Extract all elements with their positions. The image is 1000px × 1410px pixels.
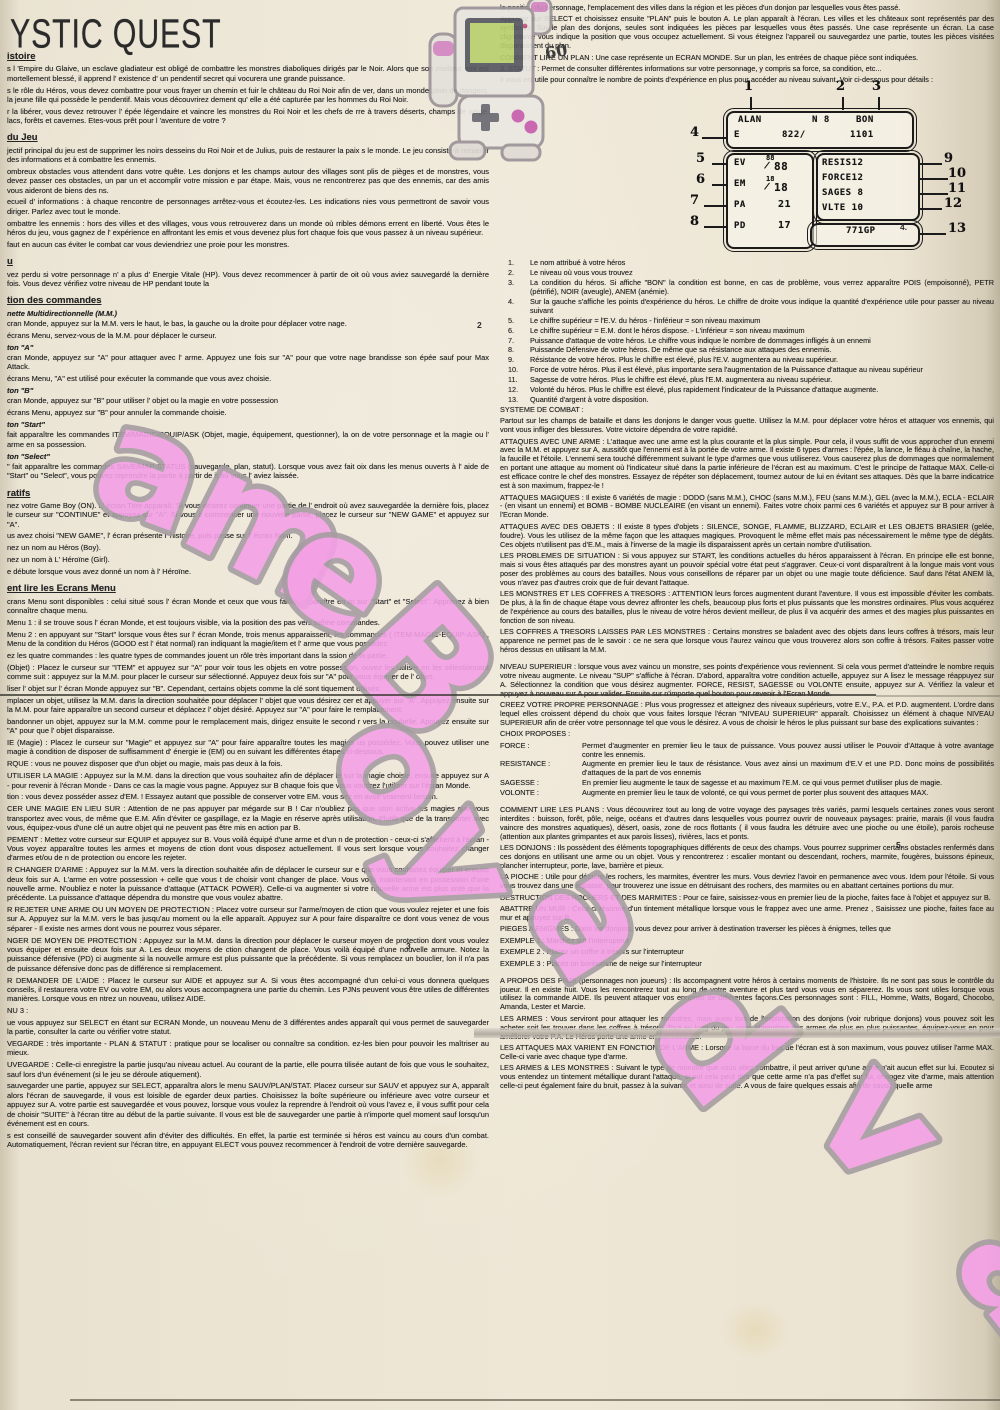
paragraph: IE (Magie) : Placez le curseur sur "Magi… — [7, 738, 489, 757]
callout-line — [712, 163, 726, 165]
paragraph: R CHANGER D'ARME : Appuyez sur la M.M. v… — [7, 865, 489, 902]
paragraph: us avez choisi "NEW GAME", l' écran prés… — [7, 531, 489, 540]
legend-number: 4. — [500, 298, 530, 316]
paragraph: vez perdu si votre personnage n' a plus … — [7, 270, 489, 289]
paragraph: A PROPOS DES PNJS (personnages non joueu… — [500, 977, 994, 1013]
callout-number: 11 — [948, 185, 966, 194]
callout-line — [750, 97, 752, 110]
stat-label: EM — [734, 180, 746, 189]
callout-line — [704, 205, 726, 207]
paragraph: LES ARMES & LES MONSTRES : Suivant le ty… — [500, 1064, 994, 1091]
legend-text: Le niveau où vous vous trouvez — [530, 269, 994, 278]
manual-section: du Jeujectif principal du jeu est de sup… — [7, 133, 489, 249]
paragraph: DESTRUCTION DES ROCHERS ET DES MARMITES … — [500, 894, 994, 903]
manual-section: ent lire les Ecrans Menucrans Menu sont … — [7, 584, 489, 1149]
stat-right-value: FORCE12 — [822, 174, 863, 183]
legend-number: 5. — [500, 317, 530, 326]
callout-number: 6 — [696, 176, 705, 185]
paragraph: ecueil d' informations : à chaque rencon… — [7, 197, 489, 216]
hero-name-value: ALAN — [738, 116, 762, 125]
horizontal-fold-line — [0, 694, 876, 696]
paragraph: EXEMPLE 1 : Marchez sur l'interrupteur — [500, 937, 994, 946]
callout-line — [918, 163, 942, 165]
mascot-b-button — [512, 110, 525, 123]
stat-right-value: VLTE 10 — [822, 204, 863, 213]
hero-level-value: N 8 — [812, 116, 830, 125]
legend-text: Force de votre héros. Plus il est élevé,… — [530, 366, 994, 375]
paragraph: LES MONSTRES ET LES COFFRES A TRESORS : … — [500, 590, 994, 626]
mascot-arm-cap — [531, 2, 548, 12]
paragraph: tion : vous devez posséder assez d'EM. !… — [7, 792, 489, 801]
paragraph: PEMENT : Mettez votre curseur sur EQUIP … — [7, 835, 489, 863]
choice-term: FORCE : — [500, 742, 582, 760]
right-intro-paragraphs: la position du personnage, l'emplacement… — [500, 4, 994, 85]
callout-line — [712, 184, 726, 186]
paragraph: NGER DE MOYEN DE PROTECTION : Appuyez su… — [7, 936, 489, 973]
legend-item: 13.Quantité d'argent à votre disposition… — [500, 396, 994, 405]
paragraph: Appuyez sur SELECT et choisissez ensuite… — [500, 15, 994, 51]
legend-number: 13. — [500, 396, 530, 405]
paragraph: ABATTRE UN MUR : Celui-ci résonne d'un t… — [500, 905, 994, 923]
paragraph: R REJETER UNE ARME OU UN MOYEN DE PROTEC… — [7, 905, 489, 933]
scanned-manual-page: YSTIC QUEST 60 istoires l 'Empire du Gla… — [0, 0, 1000, 1410]
legend-text: Le nom attribué à votre héros — [530, 259, 994, 268]
paragraph: ombattre les ennemis : hors des villes e… — [7, 219, 489, 238]
hero-condition-value: BON — [856, 116, 874, 125]
paragraph: Partout sur les champs de bataille et da… — [500, 417, 994, 435]
paper-stain — [720, 1300, 790, 1360]
legend-text: Puissance d'attaque de votre héros. Le c… — [530, 337, 994, 346]
paragraph: cran Monde, appuyez sur "A" pour attaque… — [7, 353, 489, 372]
horizontal-fold-line-faint — [876, 695, 1000, 697]
paragraph: e débute lorsque vous avez donné un nom … — [7, 567, 489, 576]
paragraph: ombreux obstacles vous attendent dans vo… — [7, 167, 489, 195]
sub-heading: ton "A" — [7, 343, 489, 352]
paragraph: Menu 1 : il se trouve sous l' écran Mond… — [7, 618, 489, 627]
paragraph: mplacer un objet, utilisez la M.M. dans … — [7, 696, 489, 715]
mascot-power-led — [523, 24, 528, 29]
stat-max-value: 88 — [774, 163, 788, 172]
manual-section: uvez perdu si votre personnage n' a plus… — [7, 257, 489, 288]
legend-number: 6. — [500, 327, 530, 336]
callout-number: 10 — [948, 170, 966, 179]
callout-number: 5 — [696, 155, 705, 164]
paragraph: R DEMANDER DE L'AIDE : Placez le curseur… — [7, 976, 489, 1004]
section-heading: ratifs — [7, 489, 489, 498]
legend-item: 3.La condition du héros. Si affiche "BON… — [500, 279, 994, 297]
exp-current-value: 822/ — [782, 131, 806, 140]
paragraph: SYSTEME DE COMBAT : — [500, 406, 994, 415]
stat-label: PA — [734, 201, 746, 210]
legend-number: 11. — [500, 376, 530, 385]
paragraph: r la libérer, vous devez retrouver l' ép… — [7, 107, 489, 126]
mascot-a-button — [525, 121, 538, 134]
paragraph: UVEGARDE : Celle-ci enregistre la partie… — [7, 1060, 489, 1079]
left-text-column: istoires l 'Empire du Glaive, un esclave… — [7, 50, 489, 1157]
paragraph: (Objet) : Placez le curseur sur "ITEM" e… — [7, 663, 489, 682]
page-title: YSTIC QUEST — [10, 12, 222, 58]
paragraph: " fait apparaître les commandes SAVE/MAP… — [7, 462, 489, 481]
section-group: SYSTEME DE COMBAT :Partout sur les champ… — [500, 406, 994, 655]
callout-line — [842, 97, 844, 110]
paragraph: CREEZ VOTRE PROPRE PERSONNAGE : Plus vou… — [500, 701, 994, 728]
callout-line — [878, 97, 880, 110]
paragraph: LES ATTAQUES MAX VARIENT EN FONCTION DE … — [500, 1044, 994, 1062]
legend-number: 2. — [500, 269, 530, 278]
legend-item: 5.Le chiffre supérieur = l'E.V. du héros… — [500, 317, 994, 326]
callout-line — [918, 193, 948, 195]
paragraph: cran Monde, appuyez sur la M.M. vers le … — [7, 319, 489, 328]
paragraph: COMMENT LIRE UN PLAN : Une case représen… — [500, 54, 994, 63]
choice-row: FORCE :Permet d'augmenter en premier lie… — [500, 742, 994, 760]
paragraph: VEGARDE : très importante - PLAN & STATU… — [7, 1039, 489, 1058]
paragraph: faut en aucun cas éviter le combat car v… — [7, 240, 489, 249]
choice-row: SAGESSE :En premier lieu augmente le tau… — [500, 779, 994, 788]
callout-number: 3 — [872, 83, 881, 92]
paragraph: ATTAQUES AVEC UNE ARME : L'attaque avec … — [500, 438, 994, 491]
callout-line — [918, 178, 948, 180]
right-text-column: la position du personnage, l'emplacement… — [500, 4, 994, 1099]
legend-item: 8.Puissande Défensive de votre héros. De… — [500, 346, 994, 355]
legend-text: Le chiffre supérieur = E.M. dont le héro… — [530, 327, 994, 336]
paragraph: EXEMPLE 2 : Placez un coffre à trésors s… — [500, 948, 994, 957]
legend-text: La condition du héros. Si affiche "BON" … — [530, 279, 994, 297]
manual-section: ratifsnez votre Game Boy (ON). L' écran … — [7, 489, 489, 577]
legend-item: 2.Le niveau où vous vous trouvez — [500, 269, 994, 278]
callout-number: 2 — [836, 83, 845, 92]
paragraph: COMMENT LIRE LES PLANS : Vous découvrire… — [500, 806, 994, 842]
watermark-letter: a — [918, 1172, 1000, 1369]
scan-fold-band — [474, 1028, 1000, 1038]
exp-next-value: 1101 — [850, 131, 874, 140]
legend-number: 12. — [500, 386, 530, 395]
paragraph: s l 'Empire du Glaive, un esclave gladia… — [7, 64, 489, 83]
paragraph: LES PROBLEMES DE SITUATION : Si vous app… — [500, 552, 994, 588]
printed-page-number: 2 — [477, 320, 482, 330]
choice-term: SAGESSE : — [500, 779, 582, 788]
stat-label: EV — [734, 159, 746, 168]
legend-text: Résistance de votre héros. Plus le chiff… — [530, 356, 994, 365]
paragraph: fait apparaître les commandes ITEM/MAGIC… — [7, 430, 489, 449]
legend-item: 4.Sur la gauche s'affiche les points d'e… — [500, 298, 994, 316]
section-heading: du Jeu — [7, 133, 489, 142]
paragraph: ATTAQUES MAGIQUES : Il existe 6 variétés… — [500, 494, 994, 521]
stat-max-value: 18 — [774, 184, 788, 193]
paragraph: la position du personnage, l'emplacement… — [500, 4, 994, 13]
legend-text: Sagesse de votre héros. Plus le chiffre … — [530, 376, 994, 385]
paragraph: nez un nom au Héros (Boy). — [7, 543, 489, 552]
manual-section: istoires l 'Empire du Glaive, un esclave… — [7, 52, 489, 125]
sub-heading: ton "B" — [7, 386, 489, 395]
paragraph: RQUE : vous ne pouvez disposer que d'un … — [7, 759, 489, 768]
section-heading: tion des commandes — [7, 296, 489, 305]
choice-term: VOLONTE : — [500, 789, 582, 798]
mascot-arm-band — [433, 41, 454, 56]
legend-item: 1.Le nom attribué à votre héros — [500, 259, 994, 268]
callout-line — [918, 208, 942, 210]
legend-item: 9.Résistance de votre héros. Plus le chi… — [500, 356, 994, 365]
paragraph: écrans Menu, appuyez sur "B" pour annule… — [7, 408, 489, 417]
legend-item: 11.Sagesse de votre héros. Plus le chiff… — [500, 376, 994, 385]
paragraph: liser l' objet sur l' écran Monde appuye… — [7, 684, 489, 693]
paragraph: CER UNE MAGIE EN LIEU SUR : Attention de… — [7, 804, 489, 832]
callout-number: 1 — [744, 83, 753, 92]
section-heading: ent lire les Ecrans Menu — [7, 584, 489, 593]
section-heading: u — [7, 257, 489, 266]
paragraph: PIEGES A ENIGMES : Dans les donjons, vou… — [500, 925, 994, 934]
money-value: 771GP — [846, 227, 876, 236]
paragraph: LA PIOCHE : Utile pour détruire les roch… — [500, 873, 994, 891]
section-group: NIVEAU SUPERIEUR : lorsque vous avez vai… — [500, 663, 994, 798]
legend-text: Volonté du héros. Plus le chiffre est él… — [530, 386, 994, 395]
printed-page-number: 3. — [406, 941, 413, 951]
legend-number: 10. — [500, 366, 530, 375]
sub-heading: ton "Select" — [7, 452, 489, 461]
paragraph: CHOIX PROPOSES : — [500, 730, 994, 739]
paragraph: ez les quatre commandes : les quatre typ… — [7, 651, 489, 660]
callout-number: 13 — [948, 225, 966, 234]
choice-text: Augmente en premier lieu le taux de rési… — [582, 760, 994, 778]
paragraph: ATTAQUES AVEC DES OBJETS : Il existe 8 t… — [500, 523, 994, 550]
callout-number: 4 — [690, 129, 699, 138]
mascot-left-foot — [450, 142, 485, 159]
stat-label: PD — [734, 222, 746, 231]
paragraph: LES COFFRES A TRESORS LAISSES PAR LES MO… — [500, 628, 994, 655]
paragraph: UTILISER LA MAGIE : Appuyez sur la M.M. … — [7, 771, 489, 790]
legend-number: 8. — [500, 346, 530, 355]
legend-item: 6.Le chiffre supérieur = E.M. dont le hé… — [500, 327, 994, 336]
legend-item: 10.Force de votre héros. Plus il est éle… — [500, 366, 994, 375]
legend-number: 1. — [500, 259, 530, 268]
mascot-right-foot — [502, 145, 540, 160]
stat-value: 17 — [778, 222, 791, 231]
choice-row: VOLONTE :Augmente en premier lieu le tau… — [500, 789, 994, 798]
legend-item: 7.Puissance d'attaque de votre héros. Le… — [500, 337, 994, 346]
paragraph: s est conseillé de sauvegarder souvent a… — [7, 1131, 489, 1150]
choice-row: RESISTANCE :Augmente en premier lieu le … — [500, 760, 994, 778]
callout-line — [918, 233, 946, 235]
paragraph: ue vous appuyez sur SELECT en étant sur … — [7, 1018, 489, 1037]
legend-text: Sur la gauche s'affiche les points d'exp… — [530, 298, 994, 316]
legend-number: 7. — [500, 337, 530, 346]
callout-number: 8 — [690, 218, 699, 227]
choice-term: RESISTANCE : — [500, 760, 582, 778]
paragraph: nez votre Game Boy (ON). L' écran Titre … — [7, 501, 489, 529]
legend-text: Quantité d'argent à votre disposition. — [530, 396, 994, 405]
legend-text: Le chiffre supérieur = l'E.V. du héros -… — [530, 317, 994, 326]
paragraph: écrans Menu, "A" est utilisé pour exécut… — [7, 374, 489, 383]
paragraph: cran Monde, appuyez sur "B" pour utilise… — [7, 396, 489, 405]
status-legend-list: 1.Le nom attribué à votre héros2.Le nive… — [500, 259, 994, 405]
paragraph: EXEMPLE 3 : Placez un bonhomme de neige … — [500, 960, 994, 969]
exp-label: E — [734, 131, 740, 140]
printed-page-number: 5. — [896, 840, 903, 850]
status-screen-diagram: ALANN 8BONE822/1101EV88/88EM18/18PA21PD1… — [690, 93, 990, 253]
mascot-green-screen — [470, 23, 514, 63]
choice-text: En premier lieu augmente le taux de sage… — [582, 779, 994, 788]
legend-text: Puissande Défensive de votre héros. De m… — [530, 346, 994, 355]
section-group: COMMENT LIRE LES PLANS : Vous découvrire… — [500, 806, 994, 969]
paragraph: s le rôle du Héros, vous devez combattre… — [7, 86, 489, 105]
paragraph: nez un nom à L' Héroïne (Girl). — [7, 555, 489, 564]
paragraph: 3. STATUT : Permet de consulter différen… — [500, 65, 994, 74]
paragraph: LES DONJONS : Ils possèdent des éléments… — [500, 844, 994, 871]
callout-number: 9 — [944, 155, 953, 164]
sub-heading: nette Multidirectionnelle (M.M.) — [7, 309, 489, 318]
legend-item: 12.Volonté du héros. Plus le chiffre est… — [500, 386, 994, 395]
gameboy-robot-mascot-illustration — [424, 0, 560, 166]
stat-value: 21 — [778, 201, 791, 210]
stat-right-value: RESIS12 — [822, 159, 863, 168]
legend-number: 3. — [500, 279, 530, 297]
paragraph: NU 3 : — [7, 1006, 489, 1015]
legend-number: 9. — [500, 356, 530, 365]
callout-line — [702, 137, 726, 139]
paragraph: sauvegarder une partie, appuyez sur SELE… — [7, 1081, 489, 1128]
paragraph: crans Menu sont disponibles : celui situ… — [7, 597, 489, 616]
manual-section: tion des commandesnette Multidirectionne… — [7, 296, 489, 480]
callout-number: 12 — [944, 200, 962, 209]
callout-line — [704, 226, 726, 228]
printed-page-number: 4. — [900, 222, 907, 232]
paragraph: bandonner un objet, appuyez sur la M.M. … — [7, 717, 489, 736]
page-bottom-edge-line — [70, 1399, 1000, 1401]
paragraph: jectif principal du jeu est de supprimer… — [7, 146, 489, 165]
choice-text: Permet d'augmenter en premier lieu le ta… — [582, 742, 994, 760]
callout-number: 7 — [690, 197, 699, 206]
stat-right-value: SAGES 8 — [822, 189, 863, 198]
right-sections: SYSTEME DE COMBAT :Partout sur les champ… — [500, 406, 994, 1091]
paragraph: écrans Menu, servez-vous de la M.M. pour… — [7, 331, 489, 340]
choice-text: Augmente en premier lieu le taux de volo… — [582, 789, 994, 798]
paragraph: Menu 2 : en appuyant sur "Start" lorsque… — [7, 630, 489, 649]
sub-heading: ton "Start" — [7, 420, 489, 429]
